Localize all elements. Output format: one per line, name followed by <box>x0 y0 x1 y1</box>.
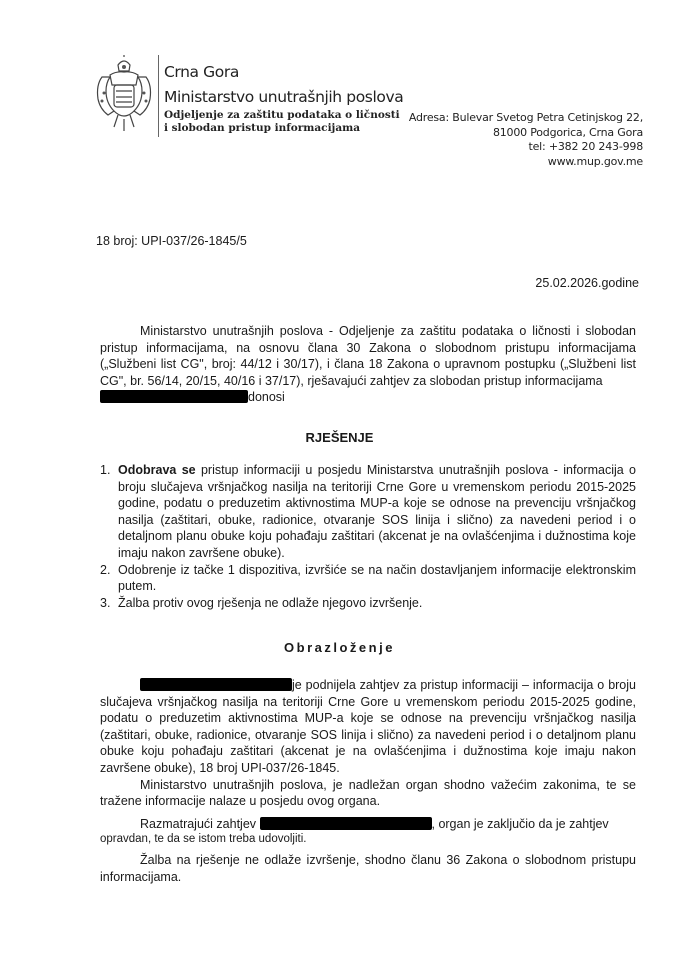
department-line-1: Odjeljenje za zaštitu podataka o ličnost… <box>164 109 400 122</box>
reasoning-title: Obrazloženje <box>0 640 679 655</box>
item-text: Žalba protiv ovog rješenja ne odlaže nje… <box>118 595 636 612</box>
phone-number: tel: +382 20 243-998 <box>409 140 643 155</box>
decision-item-1: 1. Odobrava se pristup informaciji u pos… <box>100 462 636 562</box>
redacted-name <box>100 390 248 403</box>
intro-text: Ministarstvo unutrašnjih poslova - Odjel… <box>100 324 636 388</box>
intro-suffix: donosi <box>248 390 285 404</box>
reasoning-paragraph-1: je podnijela zahtjev za pristup informac… <box>100 677 636 777</box>
coat-of-arms-icon <box>92 55 156 133</box>
department-name: Odjeljenje za zaštitu podataka o ličnost… <box>164 109 400 135</box>
reasoning-paragraph-4: Žalba na rješenje ne odlaže izvršenje, s… <box>100 852 636 885</box>
intro-paragraph: Ministarstvo unutrašnjih poslova - Odjel… <box>100 323 636 406</box>
address-street: Adresa: Bulevar Svetog Petra Cetinjskog … <box>409 111 643 126</box>
department-line-2: i slobodan pristup informacijama <box>164 122 400 135</box>
decision-list: 1. Odobrava se pristup informaciji u pos… <box>100 462 636 611</box>
item-number: 2. <box>100 562 118 595</box>
item-bold-lead: Odobrava se <box>118 463 196 477</box>
document-date: 25.02.2026.godine <box>535 276 639 290</box>
decision-item-3: 3. Žalba protiv ovog rješenja ne odlaže … <box>100 595 636 612</box>
decision-title: RJEŠENJE <box>0 430 679 445</box>
ministry-name: Ministarstvo unutrašnjih poslova <box>164 88 403 106</box>
reference-number: 18 broj: UPI-037/26-1845/5 <box>96 234 247 248</box>
item-text: pristup informaciji u posjedu Ministarst… <box>118 463 636 560</box>
reasoning-paragraph-3: Razmatrajući zahtjev , organ je zaključi… <box>100 816 636 847</box>
redacted-name <box>140 678 292 691</box>
country-name: Crna Gora <box>164 63 239 81</box>
decision-item-2: 2. Odobrenje iz tačke 1 dispozitiva, izv… <box>100 562 636 595</box>
header-divider <box>158 55 159 137</box>
reasoning-paragraph-2: Ministarstvo unutrašnjih poslova, je nad… <box>100 777 636 810</box>
website-link[interactable]: www.mup.gov.me <box>409 155 643 170</box>
item-text: Odobrenje iz tačke 1 dispozitiva, izvrši… <box>118 562 636 595</box>
address-block: Adresa: Bulevar Svetog Petra Cetinjskog … <box>409 111 643 169</box>
redacted-name <box>260 817 432 830</box>
address-city: 81000 Podgorica, Crna Gora <box>409 126 643 141</box>
item-number: 3. <box>100 595 118 612</box>
item-number: 1. <box>100 462 118 562</box>
reasoning-body: je podnijela zahtjev za pristup informac… <box>100 677 636 886</box>
